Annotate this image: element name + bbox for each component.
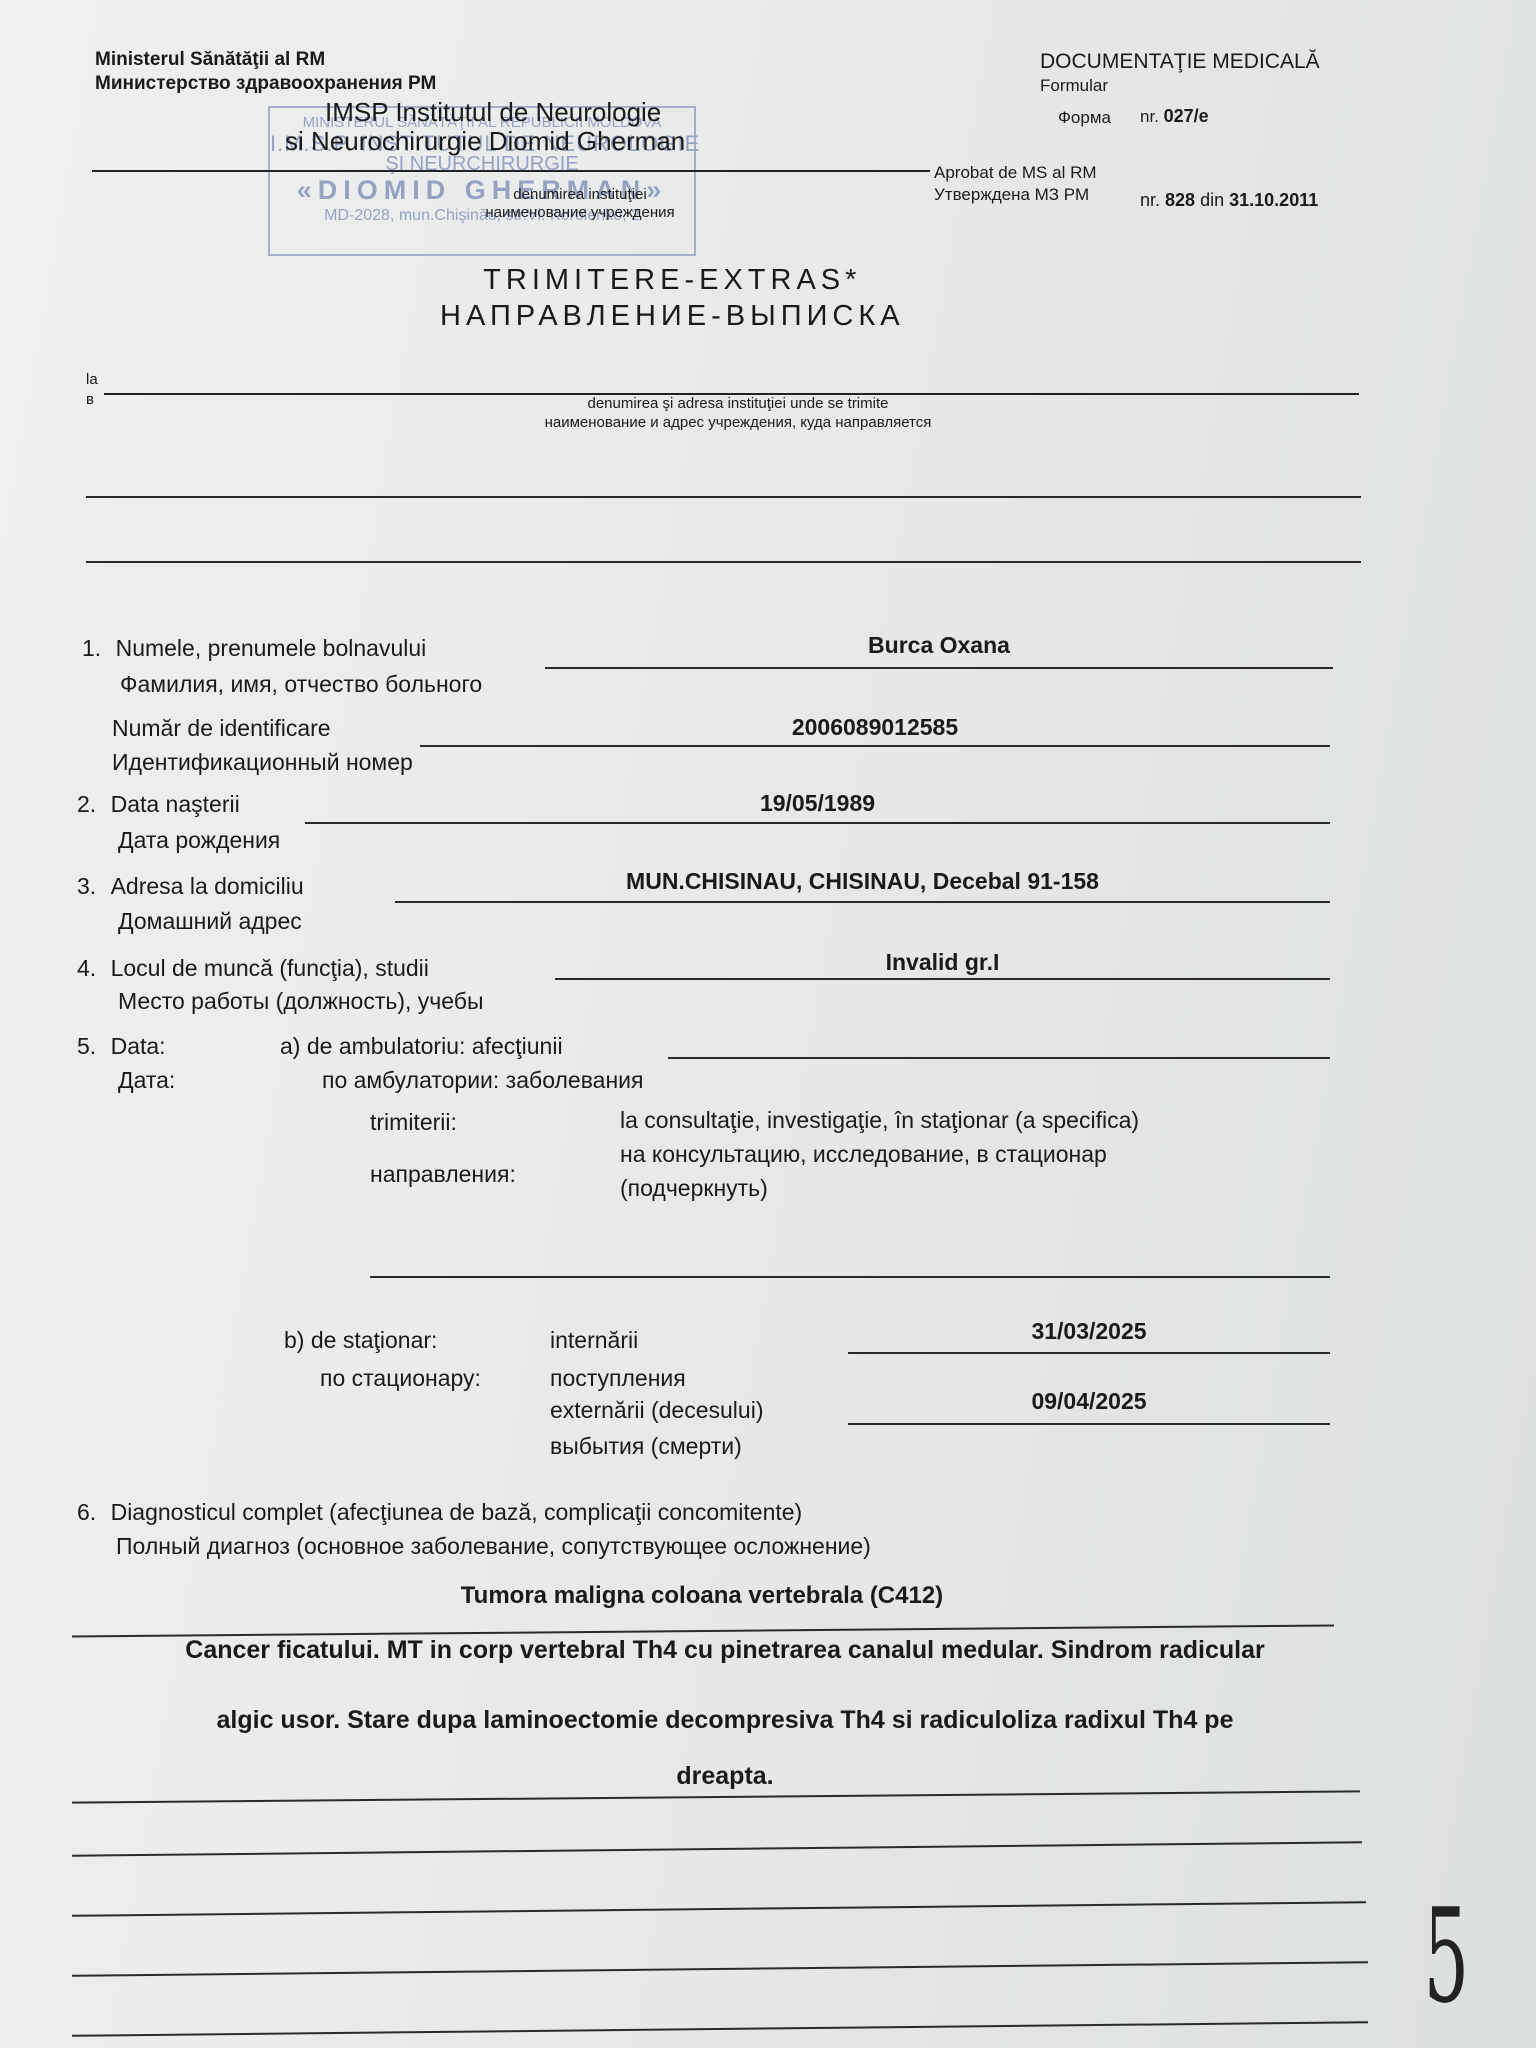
discharge-date-value[interactable]: 09/04/2025: [848, 1388, 1330, 1415]
field-diagnosis-label: 6. Diagnosticul complet (afecţiunea de b…: [77, 1496, 802, 1528]
address-value[interactable]: MUN.CHISINAU, CHISINAU, Decebal 91-158: [395, 868, 1330, 895]
field-work-label-ru: Место работы (должность), учебы: [118, 985, 484, 1017]
ministry-header: Ministerul Sănătăţii al RM Министерство …: [95, 48, 436, 96]
field-birth-label-ru: Дата рождения: [118, 824, 280, 856]
admission-label-ru: поступления: [550, 1362, 686, 1394]
admission-date-underline: [848, 1352, 1330, 1354]
inpatient-label-ru: по стационару:: [320, 1362, 481, 1394]
referral-label-ru: направления:: [370, 1158, 516, 1190]
field-dates-label-ru: Дата:: [118, 1064, 175, 1096]
approval-label: Aprobat de MS al RM Утверждена МЗ РМ: [934, 162, 1097, 206]
work-value[interactable]: Invalid gr.I: [555, 949, 1330, 976]
discharge-date-underline: [848, 1423, 1330, 1425]
diagnosis-line-5[interactable]: [72, 1961, 1368, 1977]
institution-underline: [92, 170, 930, 172]
address-underline: [395, 901, 1330, 903]
patient-name-underline: [545, 667, 1333, 669]
patient-id-underline: [420, 745, 1330, 747]
field-name-label-ru: Фамилия, имя, отчество больного: [120, 668, 482, 700]
inpatient-label: b) de staţionar:: [284, 1324, 437, 1356]
destination-prefix: la в: [86, 370, 98, 410]
diagnosis-detail-3[interactable]: dreapta.: [60, 1762, 1390, 1790]
field-id-label-ru: Идентификационный номер: [112, 746, 413, 778]
admission-label: internării: [550, 1324, 638, 1356]
work-underline: [555, 978, 1330, 980]
handwritten-page-mark: 5: [1424, 1880, 1469, 2032]
field-id-label: Număr de identificare: [112, 712, 331, 744]
institution-caption: denumirea instituţiei наименование учреж…: [440, 186, 720, 222]
patient-id-value[interactable]: 2006089012585: [420, 714, 1330, 741]
referral-underline[interactable]: [370, 1276, 1330, 1278]
diagnosis-line-4[interactable]: [72, 1901, 1366, 1917]
referral-options-ru[interactable]: на консультацию, исследование, в стацион…: [620, 1138, 1107, 1170]
field-name-label: 1. Numele, prenumele bolnavului: [82, 632, 426, 664]
referral-options-note: (подчеркнуть): [620, 1172, 768, 1204]
destination-line-2[interactable]: [86, 496, 1361, 498]
approval-order: nr. 828 din 31.10.2011: [1140, 190, 1318, 211]
ambulatory-label: a) de ambulatoriu: afecţiunii: [280, 1030, 563, 1062]
field-diagnosis-label-ru: Полный диагноз (основное заболевание, со…: [116, 1530, 871, 1562]
ministry-ru: Министерство здравоохранения РМ: [95, 72, 436, 96]
ambulatory-label-ru: по амбулатории: заболевания: [322, 1064, 643, 1096]
field-work-label: 4. Locul de muncă (funcţia), studii: [77, 952, 429, 984]
discharge-label: externării (decesului): [550, 1394, 763, 1426]
referral-options[interactable]: la consultaţie, investigaţie, în staţion…: [620, 1104, 1139, 1136]
patient-name-value[interactable]: Burca Oxana: [545, 632, 1333, 659]
destination-caption: denumirea şi adresa instituţiei unde se …: [498, 394, 978, 432]
birth-date-underline: [305, 822, 1330, 824]
diagnosis-detail-1[interactable]: Cancer ficatului. MT in corp vertebral T…: [60, 1636, 1390, 1664]
ministry-ro: Ministerul Sănătăţii al RM: [95, 48, 436, 72]
ambulatory-date-field[interactable]: [668, 1057, 1330, 1059]
field-address-label-ru: Домашний адрес: [118, 905, 302, 937]
diagnosis-detail-2[interactable]: algic usor. Stare dupa laminoectomie dec…: [60, 1706, 1390, 1734]
field-dates-label: 5. Data:: [77, 1030, 166, 1062]
discharge-label-ru: выбытия (смерти): [550, 1430, 742, 1462]
doc-type-header: DOCUMENTAŢIE MEDICALĂ Formular: [1040, 50, 1320, 98]
form-number: nr. 027/e: [1140, 106, 1209, 127]
diagnosis-line-3[interactable]: [72, 1841, 1362, 1857]
diagnosis-main[interactable]: Tumora maligna coloana vertebrala (C412): [72, 1582, 1332, 1610]
referral-label: trimiterii:: [370, 1106, 457, 1138]
destination-line-3[interactable]: [86, 561, 1361, 563]
field-birth-label: 2. Data naşterii: [77, 788, 240, 820]
admission-date-value[interactable]: 31/03/2025: [848, 1318, 1330, 1345]
birth-date-value[interactable]: 19/05/1989: [305, 790, 1330, 817]
document-title: TRIMITERE-EXTRAS* НАПРАВЛЕНИЕ-ВЫПИСКА: [440, 262, 905, 334]
diagnosis-line-2: [72, 1790, 1360, 1803]
field-address-label: 3. Adresa la domiciliu: [77, 870, 304, 902]
document-page: Ministerul Sănătăţii al RM Министерство …: [0, 0, 1536, 2048]
institution-name: IMSP Institutul de Neurologie si Neuroch…: [285, 98, 685, 156]
diagnosis-line-6[interactable]: [72, 2021, 1368, 2037]
forma-label: Форма: [1058, 108, 1111, 128]
